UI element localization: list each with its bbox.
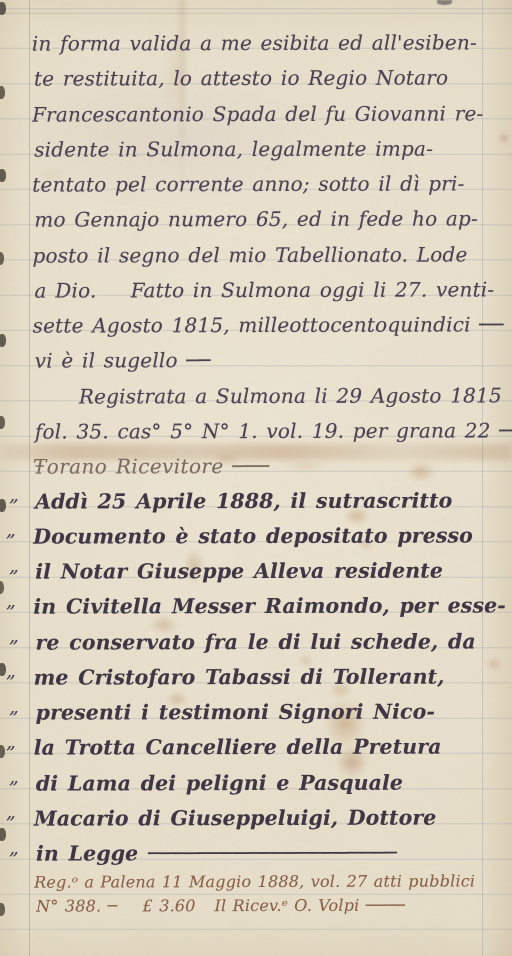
manuscript-line: tentato pel corrente anno; sotto il dì p… bbox=[32, 158, 492, 194]
ditto-mark: „ bbox=[6, 647, 19, 682]
foxing-stain bbox=[330, 682, 352, 698]
foxing-stain bbox=[184, 548, 204, 584]
stain-smear-band bbox=[0, 444, 512, 460]
ditto-mark: „ bbox=[6, 718, 19, 753]
manuscript-line: re conservato fra le di lui schede, da bbox=[33, 616, 493, 652]
ditto-mark: „ bbox=[6, 682, 19, 717]
manuscript-line: te restituita, lo attesto io Regio Notar… bbox=[32, 53, 492, 89]
manuscript-line: sidente in Sulmona, legalmente impa- bbox=[32, 123, 492, 159]
foxing-stain bbox=[298, 655, 314, 666]
manuscript-line: il Notar Giuseppe Alleva residente bbox=[33, 546, 493, 582]
foxing-stain bbox=[486, 658, 502, 670]
manuscript-line: Reg.ᵒ a Palena 11 Maggio 1888, vol. 27 a… bbox=[34, 863, 494, 890]
manuscript-line: in Legge ──────────────────── bbox=[34, 828, 494, 864]
previous-page-mark bbox=[437, 0, 452, 5]
manuscript-line: presenti i testimoni Signori Nico- bbox=[34, 687, 494, 723]
foxing-stain bbox=[344, 506, 370, 526]
foxing-stain bbox=[406, 462, 436, 482]
manuscript-line: Documento è stato depositato presso bbox=[33, 511, 493, 547]
manuscript-line: Francescantonio Spada del fu Giovanni re… bbox=[32, 88, 492, 124]
ditto-mark: „ bbox=[6, 577, 19, 612]
paper-texture bbox=[0, 0, 512, 956]
foxing-stain bbox=[499, 133, 509, 143]
ditto-mark: „ bbox=[6, 471, 19, 506]
foxing-stain bbox=[214, 452, 240, 466]
fold-crease bbox=[179, 0, 185, 180]
manuscript-line: sette Agosto 1815, milleottocentoquindic… bbox=[33, 299, 493, 335]
manuscript-line: me Cristofaro Tabassi di Tollerant, bbox=[33, 652, 493, 688]
manuscript-line: di Lama dei peligni e Pasquale bbox=[34, 757, 494, 793]
margin-ditto-marks: „„„„„„„„„„„ bbox=[6, 471, 19, 859]
foxing-stain bbox=[324, 698, 366, 748]
manuscript-line: in forma valida a me esibita ed all'esib… bbox=[32, 17, 492, 53]
ditto-mark: „ bbox=[6, 823, 19, 858]
ditto-mark: „ bbox=[6, 541, 19, 576]
ruled-lines bbox=[0, 0, 512, 956]
manuscript-line: a Dio. Fatto in Sulmona oggi li 27. vent… bbox=[32, 264, 492, 300]
foxing-stain bbox=[336, 746, 368, 778]
manuscript-line: Addì 25 Aprile 1888, il sutrascritto bbox=[33, 475, 493, 511]
manuscript-line: vi è il sugello ── bbox=[33, 335, 493, 371]
binding-edge-marks bbox=[0, 2, 6, 15]
paper-background bbox=[0, 0, 512, 956]
manuscript-line: in Civitella Messer Raimondo, per esse- bbox=[33, 581, 493, 617]
manuscript-line: Ŧorano Ricevitore ─── bbox=[33, 440, 493, 476]
manuscript-line: N° 388. ─ £ 3.60 Il Ricev.ᵉ O. Volpi ───… bbox=[34, 887, 494, 914]
left-margin-line bbox=[29, 0, 30, 956]
foxing-stain bbox=[358, 538, 374, 550]
manuscript-line: fol. 35. cas° 5° N° 1. vol. 19. per gran… bbox=[33, 405, 493, 441]
ditto-mark: „ bbox=[6, 788, 19, 823]
manuscript-line: Macario di Giuseppeluigi, Dottore bbox=[34, 793, 494, 829]
foxing-stain bbox=[166, 692, 188, 707]
paper-tint bbox=[0, 68, 350, 208]
manuscript-line: posto il segno del mio Tabellionato. Lod… bbox=[32, 229, 492, 265]
foxing-stain bbox=[38, 168, 64, 182]
manuscript-line: Registrata a Sulmona li 29 Agosto 1815 bbox=[33, 370, 493, 406]
ditto-mark: „ bbox=[6, 506, 19, 541]
manuscript-text: in forma valida a me esibita ed all'esib… bbox=[32, 17, 494, 914]
manuscript-line: mo Gennajo numero 65, ed in fede ho ap- bbox=[32, 194, 492, 230]
scanned-manuscript-page: { "page": { "description_label": "handwr… bbox=[0, 0, 512, 956]
ditto-mark: „ bbox=[6, 612, 19, 647]
right-margin-line bbox=[482, 0, 483, 956]
ditto-mark: „ bbox=[6, 753, 19, 788]
foxing-stain bbox=[284, 460, 328, 472]
manuscript-line: la Trotta Cancelliere della Pretura bbox=[34, 722, 494, 758]
foxing-stain bbox=[150, 616, 178, 634]
foxing-stain bbox=[162, 26, 190, 118]
